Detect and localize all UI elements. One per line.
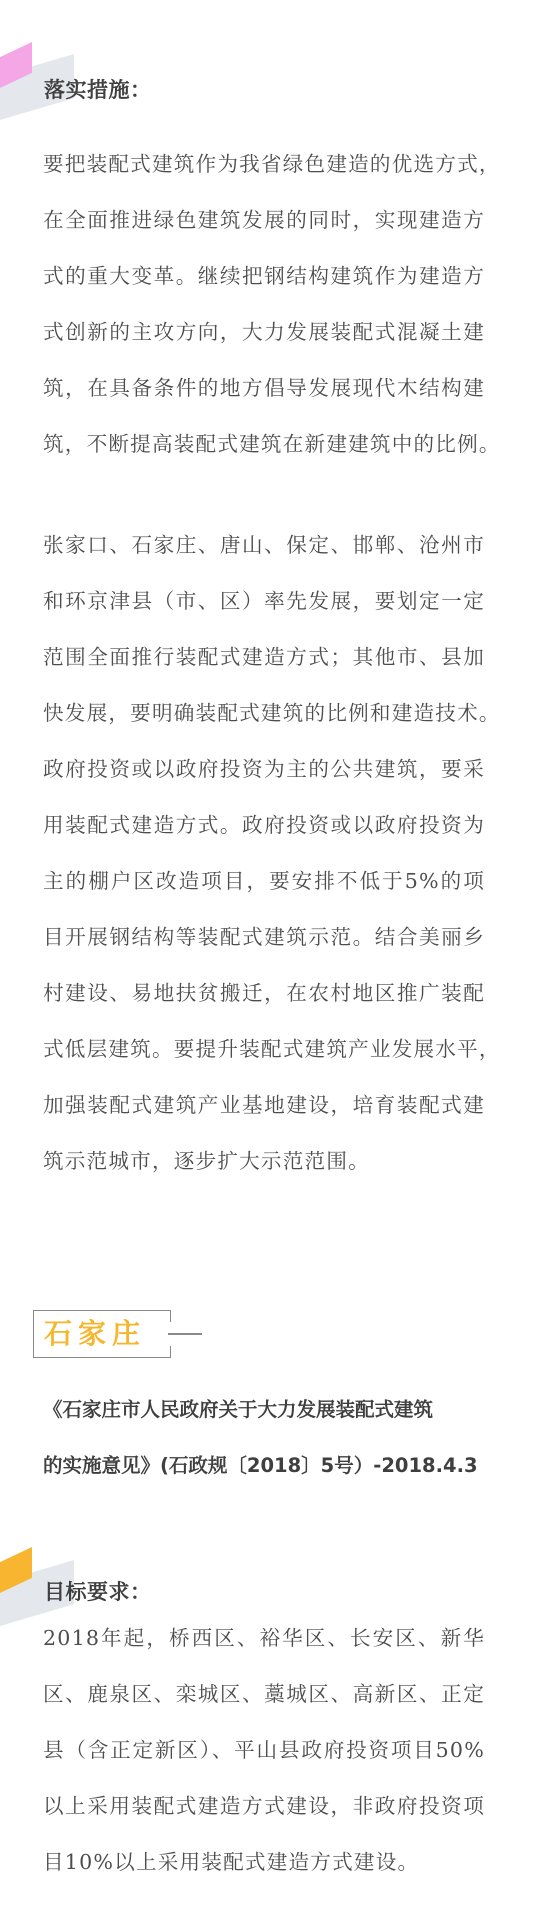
text-line: 式的重大变革。继续把钢结构建筑作为建造方 [43,248,485,304]
text-line: 筑示范城市，逐步扩大示范范围。 [43,1133,485,1189]
section-heading-targets: 目标要求： [44,1578,152,1606]
text-line: 主的棚户区改造项目，要安排不低于5%的项 [43,853,485,909]
document-title-line: 的实施意见》(石政规〔2018〕5号）-2018.4.3 [43,1438,493,1494]
text-line: 县（含正定新区）、平山县政府投资项目50% [43,1722,485,1778]
text-line: 村建设、易地扶贫搬迁，在农村地区推广装配 [43,965,485,1021]
text-line: 要把装配式建筑作为我省绿色建造的优选方式， [43,136,485,192]
text-line: 张家口、石家庄、唐山、保定、邯郸、沧州市 [43,517,485,573]
text-line: 筑，不断提高装配式建筑在新建建筑中的比例。 [43,416,485,472]
section-heading-measures: 落实措施： [44,76,152,104]
text-line: 式低层建筑。要提升装配式建筑产业发展水平， [43,1021,485,1077]
targets-paragraph: 2018年起，桥西区、裕华区、长安区、新华 区、鹿泉区、栾城区、藁城区、高新区、… [43,1610,485,1890]
text-line: 目10%以上采用装配式建造方式建设。 [43,1834,485,1890]
text-line: 2018年起，桥西区、裕华区、长安区、新华 [43,1610,485,1666]
text-line: 和环京津县（市、区）率先发展，要划定一定 [43,573,485,629]
text-line: 以上采用装配式建造方式建设，非政府投资项 [43,1778,485,1834]
document-title: 《石家庄市人民政府关于大力发展装配式建筑 的实施意见》(石政规〔2018〕5号）… [43,1382,493,1494]
city-label-connector-line [168,1333,202,1335]
measures-paragraph-1: 要把装配式建筑作为我省绿色建造的优选方式， 在全面推进绿色建筑发展的同时，实现建… [43,136,485,472]
text-line: 范围全面推行装配式建造方式；其他市、县加 [43,629,485,685]
text-line: 在全面推进绿色建筑发展的同时，实现建造方 [43,192,485,248]
text-line: 快发展，要明确装配式建筑的比例和建造技术。 [43,685,485,741]
text-line: 筑，在具备条件的地方倡导发展现代木结构建 [43,360,485,416]
text-line: 政府投资或以政府投资为主的公共建筑，要采 [43,741,485,797]
text-line: 加强装配式建筑产业基地建设，培育装配式建 [43,1077,485,1133]
text-line: 区、鹿泉区、栾城区、藁城区、高新区、正定 [43,1666,485,1722]
document-title-line: 《石家庄市人民政府关于大力发展装配式建筑 [43,1382,493,1438]
text-line: 式创新的主攻方向，大力发展装配式混凝土建 [43,304,485,360]
measures-paragraph-2: 张家口、石家庄、唐山、保定、邯郸、沧州市 和环京津县（市、区）率先发展，要划定一… [43,517,485,1189]
text-line: 用装配式建造方式。政府投资或以政府投资为 [43,797,485,853]
city-label: 石家庄 [44,1314,146,1354]
text-line: 目开展钢结构等装配式建筑示范。结合美丽乡 [43,909,485,965]
